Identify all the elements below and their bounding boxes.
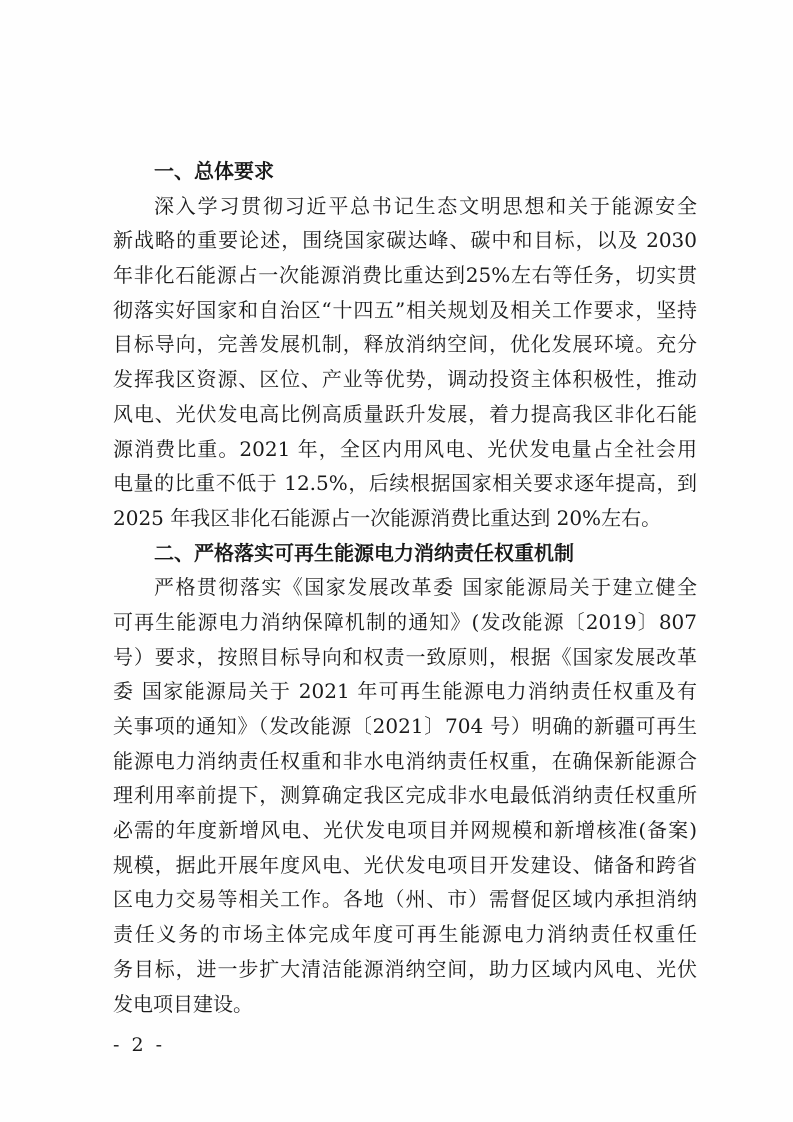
paragraph-line: 风电、光伏发电高比例高质量跃升发展，着力提高我区非化石能: [113, 397, 697, 432]
paragraph-line: 源消费比重。2021 年，全区内用风电、光伏发电量占全社会用: [113, 432, 697, 467]
paragraph-line: 能源电力消纳责任权重和非水电消纳责任权重，在确保新能源合: [113, 744, 697, 779]
paragraph-line: 深入学习贯彻习近平总书记生态文明思想和关于能源安全: [113, 189, 697, 224]
paragraph-line: 发挥我区资源、区位、产业等优势，调动投资主体积极性，推动: [113, 362, 697, 397]
paragraph-line: 理利用率前提下，测算确定我区完成非水电最低消纳责任权重所: [113, 778, 697, 813]
paragraph-line: 号）要求，按照目标导向和权责一致原则，根据《国家发展改革: [113, 640, 697, 675]
document-body: 一、总体要求 深入学习贯彻习近平总书记生态文明思想和关于能源安全 新战略的重要论…: [113, 154, 697, 1021]
paragraph-line: 关事项的通知》（发改能源〔2021〕704 号）明确的新疆可再生: [113, 709, 697, 744]
paragraph-line: 年非化石能源占一次能源消费比重达到25%左右等任务，切实贯: [113, 258, 697, 293]
paragraph-line: 目标导向，完善发展机制，释放消纳空间，优化发展环境。充分: [113, 327, 697, 362]
paragraph-line: 责任义务的市场主体完成年度可再生能源电力消纳责任权重任: [113, 917, 697, 952]
paragraph-line: 发电项目建设。: [113, 987, 697, 1022]
paragraph-line: 可再生能源电力消纳保障机制的通知》(发改能源〔2019〕807: [113, 605, 697, 640]
paragraph-line: 电量的比重不低于 12.5%，后续根据国家相关要求逐年提高，到: [113, 466, 697, 501]
page-number: - 2 -: [113, 1034, 165, 1056]
paragraph-line: 必需的年度新增风电、光伏发电项目并网规模和新增核准(备案): [113, 813, 697, 848]
paragraph-line: 严格贯彻落实《国家发展改革委 国家能源局关于建立健全: [113, 570, 697, 605]
paragraph-line: 务目标，进一步扩大清洁能源消纳空间，助力区域内风电、光伏: [113, 952, 697, 987]
paragraph-line: 规模，据此开展年度风电、光伏发电项目开发建设、储备和跨省: [113, 848, 697, 883]
paragraph-line: 2025 年我区非化石能源占一次能源消费比重达到 20%左右。: [113, 501, 697, 536]
section-heading-overall-requirements: 一、总体要求: [113, 154, 697, 189]
paragraph-line: 委 国家能源局关于 2021 年可再生能源电力消纳责任权重及有: [113, 674, 697, 709]
document-page: 一、总体要求 深入学习贯彻习近平总书记生态文明思想和关于能源安全 新战略的重要论…: [0, 0, 793, 1122]
paragraph-line: 彻落实好国家和自治区“十四五”相关规划及相关工作要求，坚持: [113, 293, 697, 328]
section-heading-consumption-responsibility: 二、严格落实可再生能源电力消纳责任权重机制: [113, 536, 697, 571]
paragraph-line: 区电力交易等相关工作。各地（州、市）需督促区域内承担消纳: [113, 882, 697, 917]
paragraph-line: 新战略的重要论述，围绕国家碳达峰、碳中和目标，以及 2030: [113, 223, 697, 258]
